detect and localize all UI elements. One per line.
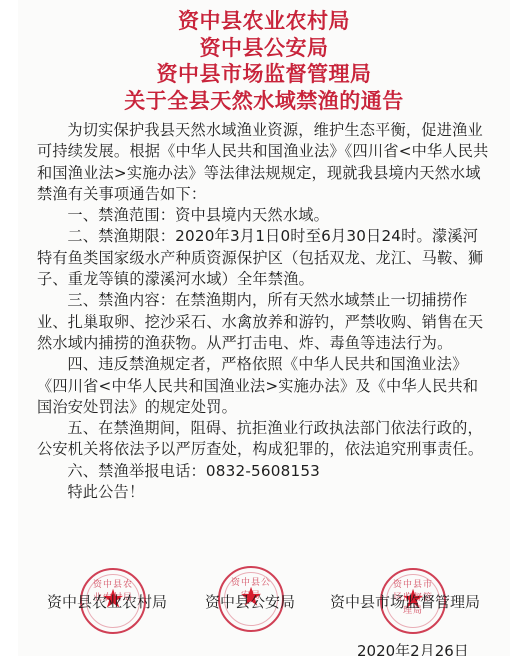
item-obstruction: 五、在禁渔期间，阻碍、抗拒渔业行政执法部门依法行政的，公安机关将依法予以严厉查处… bbox=[37, 418, 489, 461]
notice-body: 为切实保护我县天然水域渔业资源，维护生态平衡，促进渔业可持续发展。根据《中华人民… bbox=[37, 120, 489, 503]
notice-title: 关于全县天然水域禁渔的通告 bbox=[0, 88, 528, 115]
signature-block: 资中县农业农村局 ★ 资中县公安局 ★ 资中县市场监督管理局 ★ 资中县农业农村… bbox=[0, 560, 528, 656]
signatory-agriculture: 资中县农业农村局 bbox=[47, 591, 167, 612]
issuer-agriculture: 资中县农业农村局 bbox=[0, 8, 528, 35]
intro-paragraph: 为切实保护我县天然水域渔业资源，维护生态平衡，促进渔业可持续发展。根据《中华人民… bbox=[37, 120, 489, 205]
issuer-police: 资中县公安局 bbox=[0, 35, 528, 62]
signatory-police: 资中县公安局 bbox=[205, 591, 295, 612]
item-hotline: 六、禁渔举报电话：0832-5608153 bbox=[37, 461, 489, 482]
item-penalty: 四、违反禁渔规定者，严格依照《中华人民共和国渔业法》《四川省<中华人民共和国渔业… bbox=[37, 354, 489, 418]
item-period: 二、禁渔期限：2020年3月1日0时至6月30日24时。濛溪河特有鱼类国家级水产… bbox=[37, 226, 489, 290]
closing-line: 特此公告！ bbox=[37, 482, 489, 503]
notice-header: 资中县农业农村局 资中县公安局 资中县市场监督管理局 关于全县天然水域禁渔的通告 bbox=[0, 8, 528, 114]
issuer-market-regulation: 资中县市场监督管理局 bbox=[0, 61, 528, 88]
issue-date: 2020年2月26日 bbox=[357, 640, 469, 656]
item-content: 三、禁渔内容：在禁渔期内，所有天然水域禁止一切捕捞作业、扎巢取卵、挖沙采石、水禽… bbox=[37, 290, 489, 354]
item-scope: 一、禁渔范围：资中县境内天然水域。 bbox=[37, 205, 489, 226]
signatory-market-regulation: 资中县市场监督管理局 bbox=[330, 591, 480, 612]
